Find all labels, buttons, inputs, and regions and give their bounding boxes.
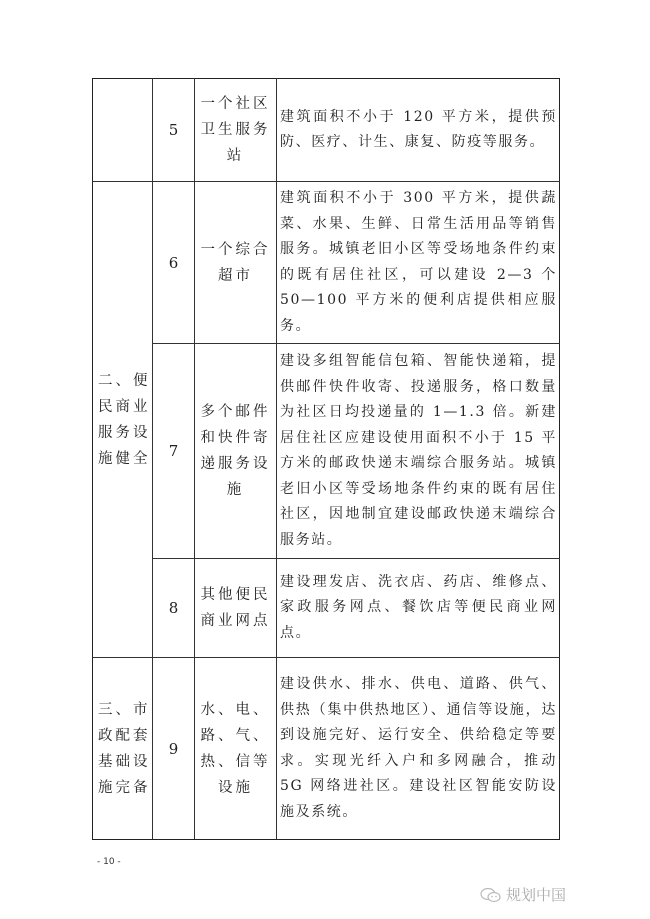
- description-text: 建设供水、排水、供电、道路、供气、供热（集中供热地区）、通信等设施，达到设施完好…: [277, 672, 559, 825]
- item-cell: 其他便民商业网点: [195, 559, 277, 658]
- category-cell: 二、便民商业服务设施健全: [93, 182, 153, 658]
- description-text: 建设多组智能信包箱、智能快递箱，提供邮件快件收寄、投递服务，格口数量为社区日均投…: [277, 349, 559, 553]
- number-cell: 6: [153, 182, 195, 344]
- item-cell: 一个综合超市: [195, 182, 277, 344]
- table-row: 7 多个邮件和快件寄递服务设施 建设多组智能信包箱、智能快递箱，提供邮件快件收寄…: [93, 344, 560, 559]
- description-cell: 建设多组智能信包箱、智能快递箱，提供邮件快件收寄、投递服务，格口数量为社区日均投…: [277, 344, 560, 559]
- page-number: - 10 -: [97, 857, 121, 867]
- item-cell: 多个邮件和快件寄递服务设施: [195, 344, 277, 559]
- category-label: 三、市政配套基础设施完备: [93, 697, 152, 801]
- description-cell: 建筑面积不小于 120 平方米，提供预防、医疗、计生、康复、防疫等服务。: [277, 79, 560, 182]
- table-row: 三、市政配套基础设施完备 9 水、电、路、气、热、信等设施 建设供水、排水、供电…: [93, 658, 560, 840]
- item-label: 水、电、路、气、热、信等设施: [195, 697, 276, 801]
- item-cell: 一个社区卫生服务站: [195, 79, 277, 182]
- category-label: 二、便民商业服务设施健全: [93, 368, 152, 472]
- table-row: 8 其他便民商业网点 建设理发店、洗衣店、药店、维修点、家政服务网点、餐饮店等便…: [93, 559, 560, 658]
- item-cell: 水、电、路、气、热、信等设施: [195, 658, 277, 840]
- description-text: 建筑面积不小于 300 平方米，提供蔬菜、水果、生鲜、日常生活用品等销售服务。城…: [277, 186, 559, 339]
- watermark: 规划中国: [480, 884, 566, 905]
- description-text: 建筑面积不小于 120 平方米，提供预防、医疗、计生、康复、防疫等服务。: [277, 105, 559, 156]
- item-label: 其他便民商业网点: [195, 582, 276, 634]
- description-cell: 建设供水、排水、供电、道路、供气、供热（集中供热地区）、通信等设施，达到设施完好…: [277, 658, 560, 840]
- description-cell: 建筑面积不小于 300 平方米，提供蔬菜、水果、生鲜、日常生活用品等销售服务。城…: [277, 182, 560, 344]
- table-row: 二、便民商业服务设施健全 6 一个综合超市 建筑面积不小于 300 平方米，提供…: [93, 182, 560, 344]
- table-row: 5 一个社区卫生服务站 建筑面积不小于 120 平方米，提供预防、医疗、计生、康…: [93, 79, 560, 182]
- standards-table: 5 一个社区卫生服务站 建筑面积不小于 120 平方米，提供预防、医疗、计生、康…: [92, 78, 557, 839]
- description-text: 建设理发店、洗衣店、药店、维修点、家政服务网点、餐饮店等便民商业网点。: [277, 570, 559, 647]
- watermark-text: 规划中国: [506, 884, 566, 905]
- item-label: 一个社区卫生服务站: [195, 91, 276, 169]
- item-label: 一个综合超市: [195, 237, 276, 289]
- wechat-icon: [480, 887, 502, 903]
- number-cell: 5: [153, 79, 195, 182]
- number-cell: 7: [153, 344, 195, 559]
- description-cell: 建设理发店、洗衣店、药店、维修点、家政服务网点、餐饮店等便民商业网点。: [277, 559, 560, 658]
- category-cell: 三、市政配套基础设施完备: [93, 658, 153, 840]
- category-cell: [93, 79, 153, 182]
- item-label: 多个邮件和快件寄递服务设施: [195, 399, 276, 503]
- number-cell: 9: [153, 658, 195, 840]
- number-cell: 8: [153, 559, 195, 658]
